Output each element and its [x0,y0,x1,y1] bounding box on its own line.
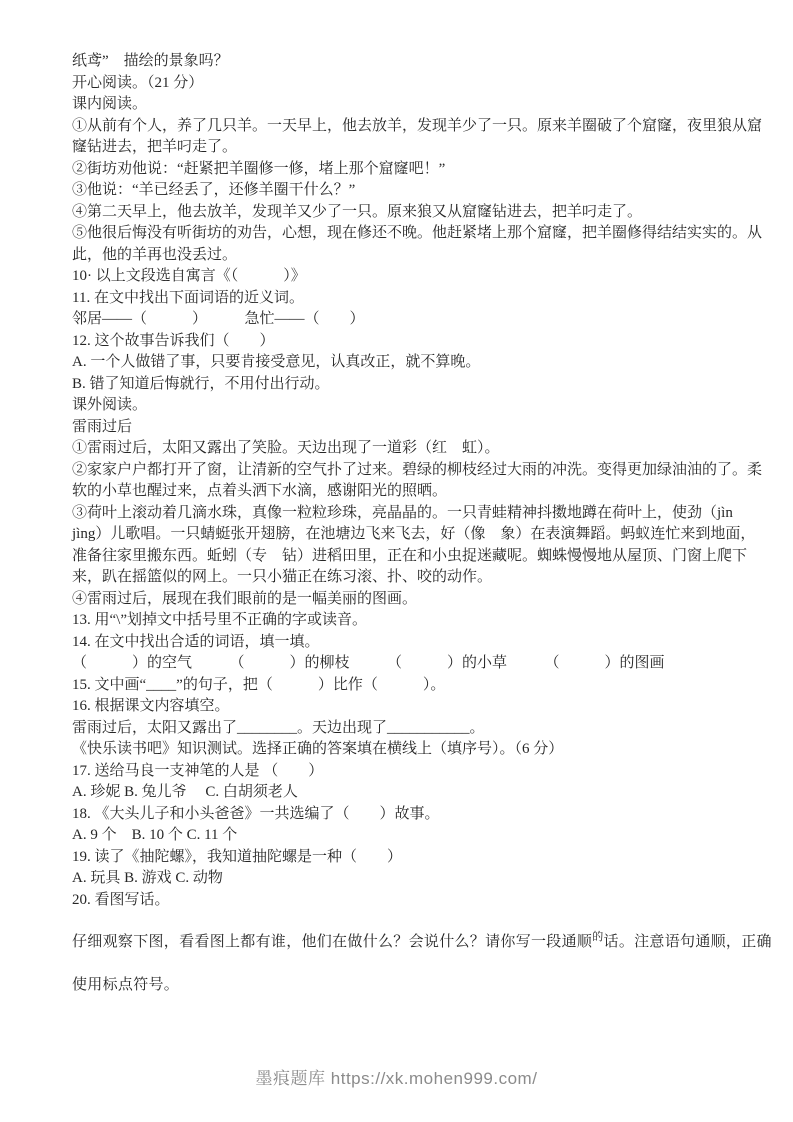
exam-text-line: A. 一个人做错了事，只要肯接受意见，认真改正，就不算晚。 [72,352,766,374]
exam-text-line: 开心阅读。（21 分） [72,73,766,95]
exam-text-line: 14. 在文中找出合适的词语，填一填。 [72,632,766,654]
exam-text-line: （ ）的空气 （ ）的柳枝 （ ）的小草 （ ）的图画 [72,653,766,675]
site-watermark: 墨痕题库 https://xk.mohen999.com/ [0,1064,793,1089]
exam-text-line: 雷雨过后，太阳又露出了________。天边出现了___________。 [72,718,766,740]
superscript-char: 的 [592,931,603,943]
exam-text-line: 15. 文中画“____”的句子，把（ ）比作（ ）。 [72,675,766,697]
exam-text-line: 16. 根据课文内容填空。 [72,696,766,718]
exam-text-line: ④雷雨过后，展现在我们眼前的是一幅美丽的图画。 [72,589,766,611]
exam-text-line: 18. 《大头儿子和小头爸爸》一共选编了（ ）故事。 [72,804,766,826]
exam-text-line: 雷雨过后 [72,417,766,439]
exam-text-line: 11. 在文中找出下面词语的近义词。 [72,288,766,310]
exam-text-line: 《快乐读书吧》知识测试。选择正确的答案填在横线上（填序号）。（6 分） [72,739,766,761]
text-segment: 仔细观察下图，看看图上都有谁，他们在做什么？会说什么？请你写一段通顺 [72,934,592,950]
exam-text-line: ④第二天早上，他去放羊，发现羊又少了一只。原来狼又从窟窿钻进去，把羊叼走了。 [72,202,766,224]
exam-text-line: ③荷叶上滚动着几滴水珠，真像一粒粒珍珠，亮晶晶的。一只青蛙精神抖擞地蹲在荷叶上，… [72,503,766,589]
exam-text-line: B. 错了知道后悔就行，不用付出行动。 [72,374,766,396]
exam-text-line: ①从前有个人，养了几只羊。一天早上，他去放羊，发现羊少了一只。原来羊圈破了个窟窿… [72,116,766,159]
exam-text-line: 19. 读了《抽陀螺》，我知道抽陀螺是一种（ ） [72,847,766,869]
exam-text-line: 12. 这个故事告诉我们（ ） [72,331,766,353]
exam-text-line: 17. 送给马良一支神笔的人是 （ ） [72,761,766,783]
exam-text-line: A. 玩具 B. 游戏 C. 动物 [72,868,766,890]
exam-text-line: ①雷雨过后，太阳又露出了笑脸。天边出现了一道彩（红 虹）。 [72,438,766,460]
exam-text-line: 课内阅读。 [72,94,766,116]
exam-text-line: ②街坊劝他说：“赶紧把羊圈修一修，堵上那个窟窿吧！” [72,159,766,181]
exam-text-line: ⑤他很后悔没有听街坊的劝告，心想，现在修还不晚。他赶紧堵上那个窟窿，把羊圈修得结… [72,223,766,266]
essay-instructions: 仔细观察下图，看看图上都有谁，他们在做什么？会说什么？请你写一段通顺的话。注意语… [72,916,776,1007]
exam-text-line: 13. 用“\”划掉文中括号里不正确的字或读音。 [72,610,766,632]
exam-lines: 纸鸢” 描绘的景象吗？开心阅读。（21 分）课内阅读。①从前有个人，养了几只羊。… [72,51,766,1007]
exam-text-line: 纸鸢” 描绘的景象吗？ [72,51,766,73]
exam-text-line: ②家家户户都打开了窗，让清新的空气扑了过来。碧绿的柳枝经过大雨的冲洗。变得更加绿… [72,460,766,503]
exam-text-line: 10· 以上文段选自寓言《（ ）》 [72,266,766,288]
exam-text-line: A. 9 个 B. 10 个 C. 11 个 [72,825,766,847]
exam-text-line: 20. 看图写话。 [72,890,766,912]
exam-text-line: A. 珍妮 B. 兔儿爷 C. 白胡须老人 [72,782,766,804]
exam-text-line: 邻居——（ ） 急忙——（ ） [72,309,766,331]
exam-text-line: 课外阅读。 [72,395,766,417]
exam-page-content: 纸鸢” 描绘的景象吗？开心阅读。（21 分）课内阅读。①从前有个人，养了几只羊。… [72,51,766,1007]
exam-text-line: ③他说：“羊已经丢了，还修羊圈干什么？” [72,180,766,202]
